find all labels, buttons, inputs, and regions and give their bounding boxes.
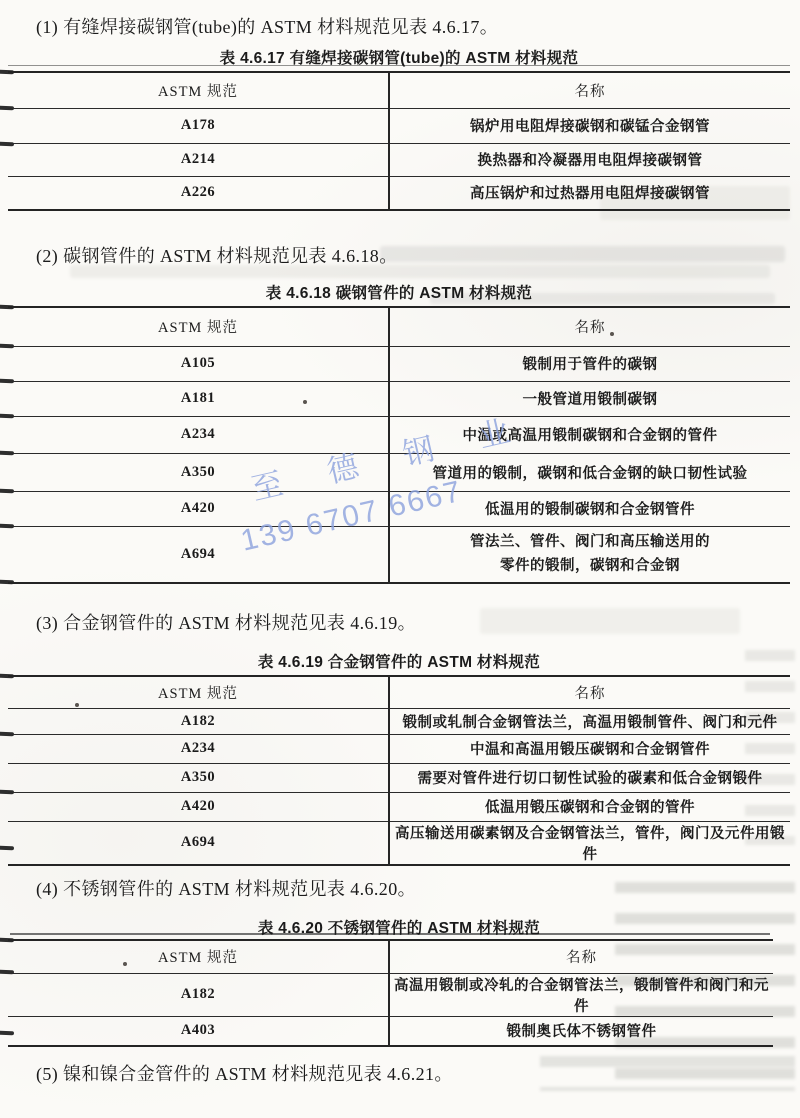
spec-cell: A350 xyxy=(8,763,389,792)
table-row: A214 换热器和冷凝器用电阻焊接碳钢管 xyxy=(8,143,790,176)
ghost-text-smudge xyxy=(380,246,785,262)
paragraph-1: (1) 有缝焊接碳钢管(tube)的 ASTM 材料规范见表 4.6.17。 xyxy=(36,13,498,39)
spec-header-cell: ASTM 规范 xyxy=(8,940,389,973)
name-header-cell: 名称 xyxy=(389,72,790,108)
desc-cell: 锅炉用电阻焊接碳钢和碳锰合金钢管 xyxy=(389,108,790,143)
table-4-6-20: ASTM 规范 名称 A182 高温用锻制或冷轧的合金钢管法兰，锻制管件和阀门和… xyxy=(8,939,773,1047)
desc-cell: 一般管道用锻制碳钢 xyxy=(389,381,790,416)
table-row: A420 低温用的锻制碳钢和合金钢管件 xyxy=(8,491,790,526)
spec-cell: A234 xyxy=(8,416,389,453)
desc-cell: 低温用锻压碳钢和合金钢的管件 xyxy=(389,792,790,821)
spec-cell: A694 xyxy=(8,526,389,583)
table-4-6-18: ASTM 规范 名称 A105 锻制用于管件的碳钢 A181 一般管道用锻制碳钢… xyxy=(8,306,790,584)
table-header-row: ASTM 规范 名称 xyxy=(8,676,790,708)
paragraph-3: (3) 合金钢管件的 ASTM 材料规范见表 4.6.19。 xyxy=(36,609,416,635)
table-row: A350 需要对管件进行切口韧性试验的碳素和低合金钢锻件 xyxy=(8,763,790,792)
paragraph-5: (5) 镍和镍合金管件的 ASTM 材料规范见表 4.6.21。 xyxy=(36,1060,453,1086)
table-header-row: ASTM 规范 名称 xyxy=(8,307,790,346)
desc-cell: 需要对管件进行切口韧性试验的碳素和低合金钢锻件 xyxy=(389,763,790,792)
table-row: A403 锻制奥氏体不锈钢管件 xyxy=(8,1016,773,1046)
name-header-cell: 名称 xyxy=(389,940,773,973)
desc-cell: 管道用的锻制，碳钢和低合金钢的缺口韧性试验 xyxy=(389,453,790,491)
spec-cell: A181 xyxy=(8,381,389,416)
desc-cell: 高压输送用碳素钢及合金钢管法兰，管件，阀门及元件用锻件 xyxy=(389,821,790,865)
desc-cell: 低温用的锻制碳钢和合金钢管件 xyxy=(389,491,790,526)
table-header-row: ASTM 规范 名称 xyxy=(8,940,773,973)
spec-cell: A182 xyxy=(8,973,389,1016)
table-row: A226 高压锅炉和过热器用电阻焊接碳钢管 xyxy=(8,176,790,210)
desc-cell: 锻制或轧制合金钢管法兰，高温用锻制管件、阀门和元件 xyxy=(389,708,790,734)
desc-cell: 管法兰、管件、阀门和高压输送用的 零件的锻制，碳钢和合金钢 xyxy=(389,526,790,583)
table-row: A234 中温或高温用锻制碳钢和合金钢的管件 xyxy=(8,416,790,453)
table-4-6-19: ASTM 规范 名称 A182 锻制或轧制合金钢管法兰，高温用锻制管件、阀门和元… xyxy=(8,675,790,866)
spec-cell: A234 xyxy=(8,734,389,763)
spec-cell: A350 xyxy=(8,453,389,491)
spec-cell: A105 xyxy=(8,346,389,381)
desc-cell: 高压锅炉和过热器用电阻焊接碳钢管 xyxy=(389,176,790,210)
table-row: A350 管道用的锻制，碳钢和低合金钢的缺口韧性试验 xyxy=(8,453,790,491)
table-caption-4: 表 4.6.20 不锈钢管件的 ASTM 材料规范 xyxy=(8,916,790,938)
desc-line-1: 管法兰、管件、阀门和高压输送用的 xyxy=(394,534,786,551)
spec-cell: A403 xyxy=(8,1016,389,1046)
table-caption-3: 表 4.6.19 合金钢管件的 ASTM 材料规范 xyxy=(8,650,790,672)
table-row: A694 高压输送用碳素钢及合金钢管法兰，管件，阀门及元件用锻件 xyxy=(8,821,790,865)
desc-cell: 高温用锻制或冷轧的合金钢管法兰，锻制管件和阀门和元件 xyxy=(389,973,773,1016)
spec-header-cell: ASTM 规范 xyxy=(8,307,389,346)
spec-cell: A420 xyxy=(8,491,389,526)
paragraph-2: (2) 碳钢管件的 ASTM 材料规范见表 4.6.18。 xyxy=(36,242,398,268)
table-row: A694 管法兰、管件、阀门和高压输送用的 零件的锻制，碳钢和合金钢 xyxy=(8,526,790,583)
spec-cell: A214 xyxy=(8,143,389,176)
ghost-text-smudge xyxy=(480,608,740,634)
table-row: A105 锻制用于管件的碳钢 xyxy=(8,346,790,381)
spec-cell: A694 xyxy=(8,821,389,865)
spec-header-cell: ASTM 规范 xyxy=(8,72,389,108)
table-row: A181 一般管道用锻制碳钢 xyxy=(8,381,790,416)
spec-header-cell: ASTM 规范 xyxy=(8,676,389,708)
paragraph-4: (4) 不锈钢管件的 ASTM 材料规范见表 4.6.20。 xyxy=(36,875,416,901)
table-row: A420 低温用锻压碳钢和合金钢的管件 xyxy=(8,792,790,821)
table-row: A178 锅炉用电阻焊接碳钢和碳锰合金钢管 xyxy=(8,108,790,143)
table-header-row: ASTM 规范 名称 xyxy=(8,72,790,108)
table-caption-2: 表 4.6.18 碳钢管件的 ASTM 材料规范 xyxy=(8,281,790,303)
desc-cell: 锻制奥氏体不锈钢管件 xyxy=(389,1016,773,1046)
desc-cell: 中温和高温用锻压碳钢和合金钢管件 xyxy=(389,734,790,763)
name-header-cell: 名称 xyxy=(389,676,790,708)
table-caption-1: 表 4.6.17 有缝焊接碳钢管(tube)的 ASTM 材料规范 xyxy=(8,46,790,68)
table-4-6-17: ASTM 规范 名称 A178 锅炉用电阻焊接碳钢和碳锰合金钢管 A214 换热… xyxy=(8,71,790,211)
name-header-cell: 名称 xyxy=(389,307,790,346)
desc-line-2: 零件的锻制，碳钢和合金钢 xyxy=(394,558,786,575)
desc-cell: 锻制用于管件的碳钢 xyxy=(389,346,790,381)
spec-cell: A420 xyxy=(8,792,389,821)
table-row: A182 锻制或轧制合金钢管法兰，高温用锻制管件、阀门和元件 xyxy=(8,708,790,734)
desc-cell: 换热器和冷凝器用电阻焊接碳钢管 xyxy=(389,143,790,176)
spec-cell: A178 xyxy=(8,108,389,143)
table-row: A234 中温和高温用锻压碳钢和合金钢管件 xyxy=(8,734,790,763)
scanned-document-page: (1) 有缝焊接碳钢管(tube)的 ASTM 材料规范见表 4.6.17。 表… xyxy=(0,0,800,1118)
spec-cell: A182 xyxy=(8,708,389,734)
spec-cell: A226 xyxy=(8,176,389,210)
desc-cell: 中温或高温用锻制碳钢和合金钢的管件 xyxy=(389,416,790,453)
table-row: A182 高温用锻制或冷轧的合金钢管法兰，锻制管件和阀门和元件 xyxy=(8,973,773,1016)
